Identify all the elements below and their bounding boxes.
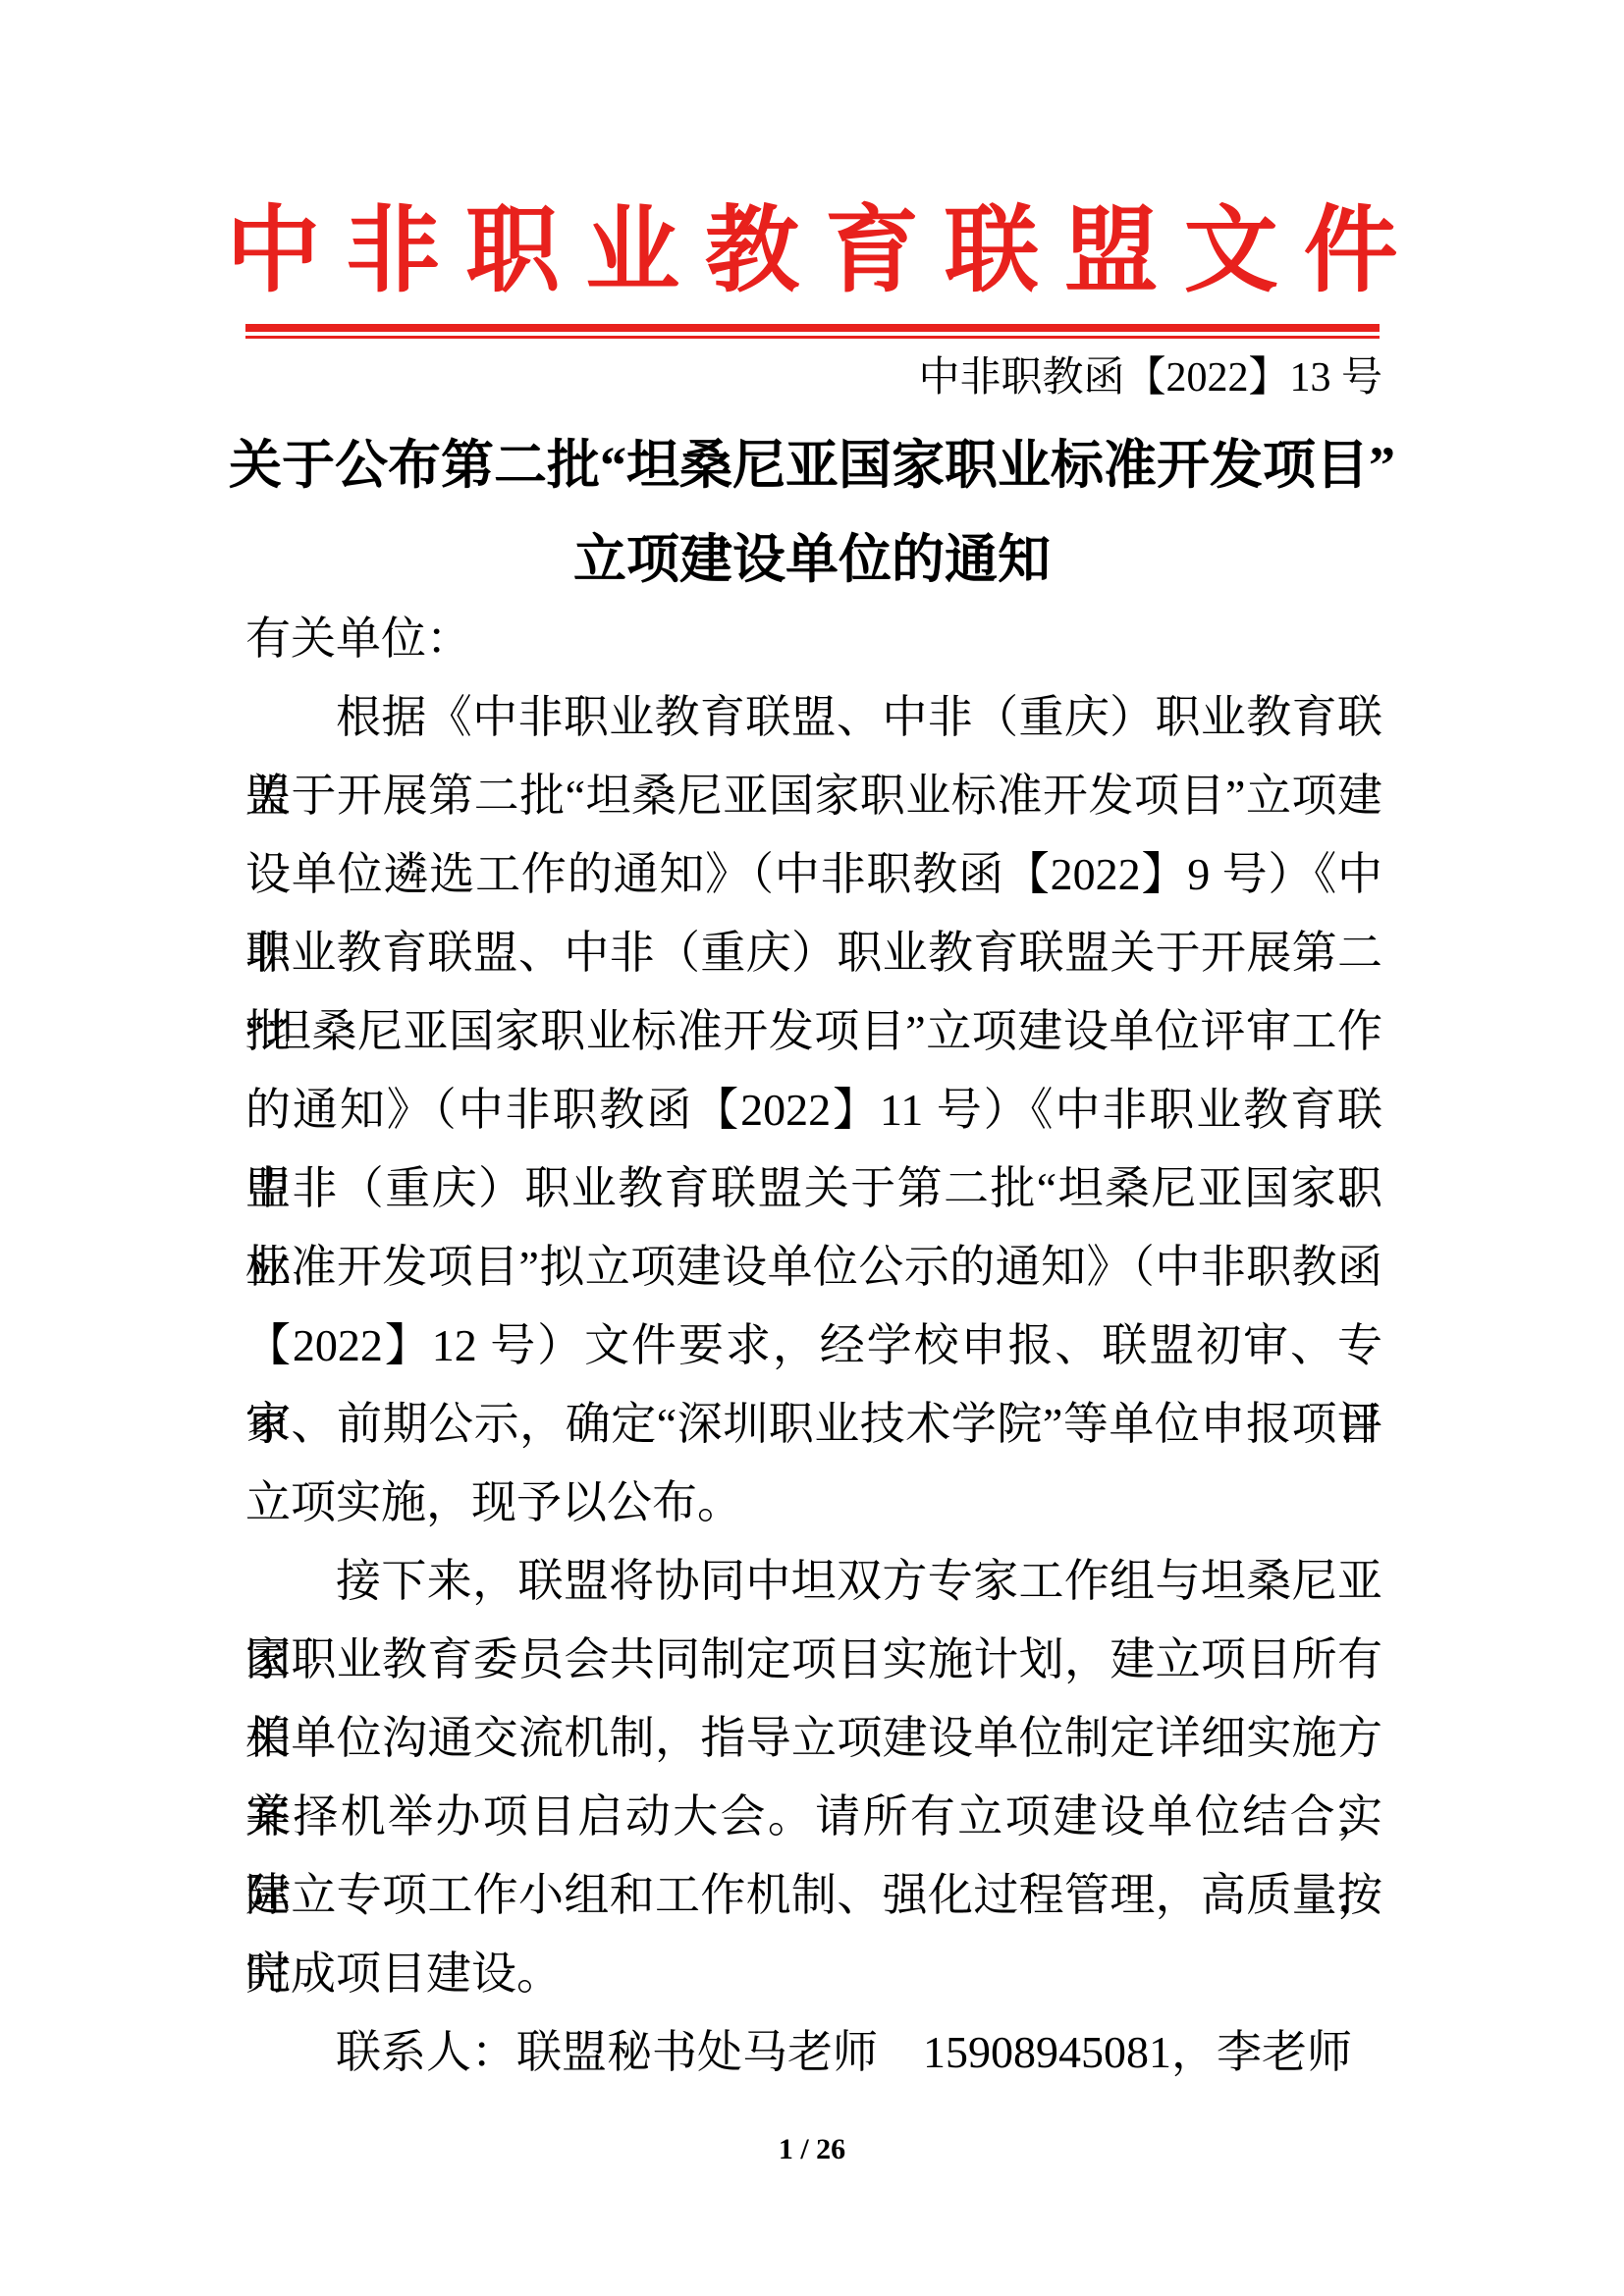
body-line: 根据《中非职业教育联盟、中非（重庆）职业教育联盟 (245, 678, 1382, 757)
body-line: 建立专项工作小组和工作机制、强化过程管理，高质量按时 (245, 1856, 1382, 1935)
body-line: 并择机举办项目启动大会。请所有立项建设单位结合实际， (245, 1778, 1382, 1856)
body-line: 联系人：联盟秘书处马老师 15908945081，李老师 (245, 2013, 1382, 2092)
body-line: 设单位遴选工作的通知》（中非职教函【2022】9 号）《中非 (245, 835, 1382, 914)
document-title-line1: 关于公布第二批“坦桑尼亚国家职业标准开发项目” (125, 418, 1499, 512)
body-line: 有关单位： (245, 600, 1382, 678)
document-title: 关于公布第二批“坦桑尼亚国家职业标准开发项目” 立项建设单位的通知 (125, 418, 1499, 607)
page-number: 1 / 26 (0, 2132, 1624, 2167)
red-rule-thick (245, 324, 1380, 332)
red-rule-thin (245, 336, 1380, 339)
body-line: 关单位沟通交流机制，指导立项建设单位制定详细实施方案， (245, 1699, 1382, 1778)
letterhead-org-title: 中非职业教育联盟文件 (0, 199, 1624, 303)
body-line: 关于开展第二批“坦桑尼亚国家职业标准开发项目”立项建 (245, 757, 1382, 835)
body-line: 家职业教育委员会共同制定项目实施计划，建立项目所有相 (245, 1621, 1382, 1699)
body-line: 标准开发项目”拟立项建设单位公示的通知》（中非职教函 (245, 1228, 1382, 1307)
body-line: 中非（重庆）职业教育联盟关于第二批“坦桑尼亚国家职业 (245, 1149, 1382, 1228)
body-line: 职业教育联盟、中非（重庆）职业教育联盟关于开展第二批 (245, 914, 1382, 992)
body-line: 立项实施，现予以公布。 (245, 1464, 1382, 1542)
body-line: 【2022】12 号）文件要求，经学校申报、联盟初审、专家评 (245, 1307, 1382, 1385)
document-page: 中非职业教育联盟文件 中非职教函【2022】13 号 关于公布第二批“坦桑尼亚国… (0, 0, 1624, 2296)
document-title-line2: 立项建设单位的通知 (125, 512, 1499, 607)
document-body: 有关单位： 根据《中非职业教育联盟、中非（重庆）职业教育联盟 关于开展第二批“坦… (245, 600, 1382, 2092)
body-line: 审、前期公示，确定“深圳职业技术学院”等单位申报项目 (245, 1385, 1382, 1464)
body-line: “坦桑尼亚国家职业标准开发项目”立项建设单位评审工作 (245, 992, 1382, 1071)
body-line: 接下来，联盟将协同中坦双方专家工作组与坦桑尼亚国 (245, 1542, 1382, 1621)
body-line: 完成项目建设。 (245, 1935, 1382, 2013)
letterhead-divider (245, 324, 1380, 339)
body-line: 的通知》（中非职教函【2022】11 号）《中非职业教育联盟、 (245, 1071, 1382, 1149)
document-number: 中非职教函【2022】13 号 (245, 353, 1382, 402)
